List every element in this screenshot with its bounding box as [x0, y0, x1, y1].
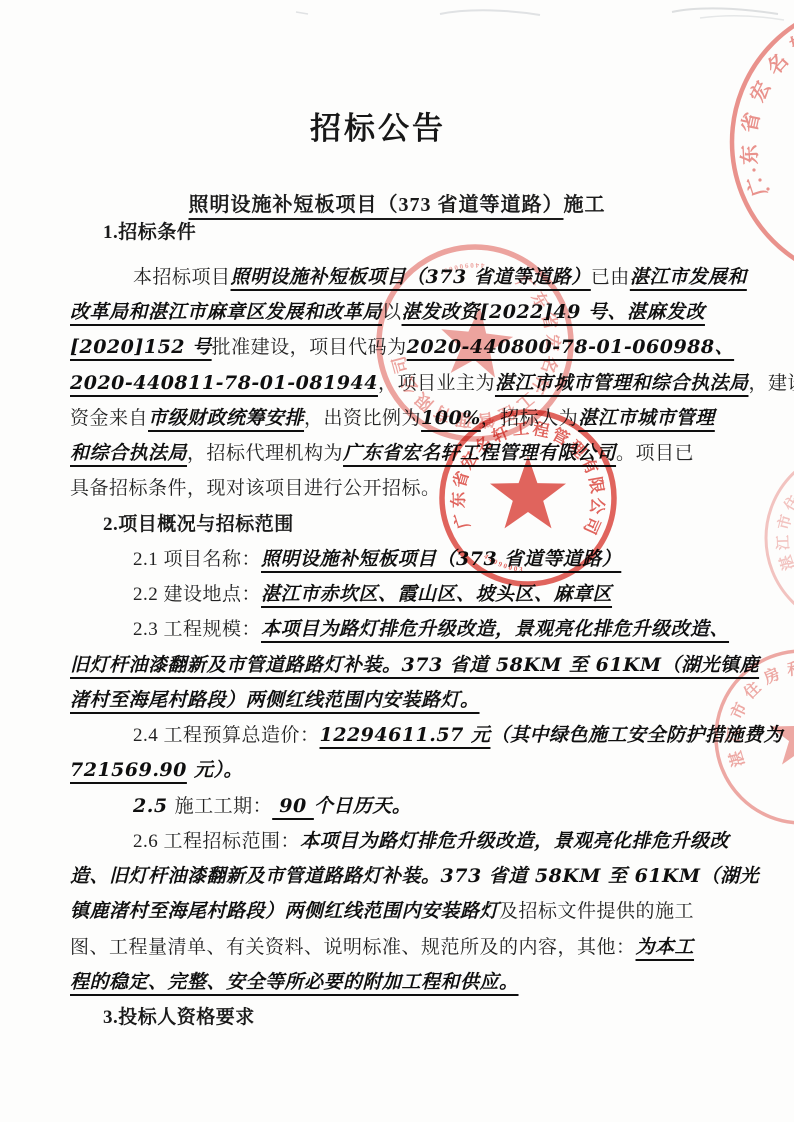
printed-text: 已由: [591, 267, 630, 288]
handwritten-text: 2020-440800-78-01-060988、: [407, 336, 734, 358]
handwritten-text: 旧灯杆油漆翻新及市管道路路灯补装。373 省道 58KM 至 61KM（湖光镇鹿: [70, 654, 759, 676]
printed-text: ，出资比例为: [304, 408, 421, 429]
handwritten-text: 广东省宏名轩工程管理有限公司: [343, 442, 616, 464]
printed-text: 图、工程量清单、有关资料、说明标准、规范所及的内容，其他：: [70, 937, 636, 958]
document-line: 渚村至海尾村路段）两侧红线范围内安装路灯。: [70, 685, 480, 712]
document-line: 2.1 项目名称：照明设施补短板项目（373 省道等道路）: [133, 544, 621, 571]
handwritten-text: 个日历天。: [314, 795, 412, 817]
document-subtitle: 照明设施补短板项目（373 省道等道路）施工: [0, 188, 794, 217]
document-line: 2020-440811-78-01-081944，项目业主为湛江市城市管理和综合…: [70, 368, 794, 395]
printed-text: 2.4 工程预算总造价：: [133, 725, 320, 746]
document-line: [2020]152 号批准建设，项目代码为2020-440800-78-01-0…: [70, 332, 734, 359]
document-line: 资金来自市级财政统筹安排，出资比例为100%，招标人为湛江市城市管理: [70, 403, 715, 430]
printed-text: 施工工期：: [175, 796, 273, 817]
seal-text: 广东省宏名轩工程管理有限公司: [448, 418, 608, 539]
printed-text: 2.2 建设地点：: [133, 584, 261, 605]
document-line: 2.4 工程预算总造价：12294611.57 元（其中绿色施工安全防护措施费为: [133, 720, 783, 747]
subtitle-suffix: 施工: [564, 194, 606, 216]
document-line: 本招标项目照明设施补短板项目（373 省道等道路）已由湛江市发展和: [133, 262, 747, 289]
handwritten-text: 2020-440811-78-01-081944: [70, 372, 378, 394]
printed-text: 具备招标条件，现对该项目进行公开招标。: [70, 478, 441, 499]
handwritten-text: 改革局和湛江市麻章区发展和改革局: [70, 301, 382, 323]
document-line: 旧灯杆油漆翻新及市管道路路灯补装。373 省道 58KM 至 61KM（湖光镇鹿: [70, 650, 759, 677]
printed-text: ，项目业主为: [378, 373, 495, 394]
document-line: 2.5 施工工期： 90 个日历天。: [133, 791, 411, 818]
handwritten-text: 照明设施补短板项目（373 省道等道路）: [261, 548, 621, 570]
document-line: 改革局和湛江市麻章区发展和改革局以湛发改资[2022]49 号、湛麻发改: [70, 297, 705, 324]
printed-text: ，建设: [748, 373, 794, 394]
printed-text: 本招标项目: [133, 267, 231, 288]
handwritten-text: 渚村至海尾村路段）两侧红线范围内安装路灯。: [70, 689, 480, 711]
document-line: 2.项目概况与招标范围: [103, 509, 294, 536]
printed-text: 2.1 项目名称：: [133, 549, 261, 570]
document-line: 721569.90 元）。: [70, 755, 243, 782]
handwritten-text: 721569.90: [70, 759, 187, 781]
printed-text: ，招标人为: [481, 408, 579, 429]
handwritten-text: 市级财政统筹安排: [148, 407, 304, 429]
handwritten-text: 元）。: [187, 759, 243, 781]
handwritten-text: 2.5: [133, 795, 175, 817]
printed-text: 以: [382, 302, 402, 323]
document-line: 造、旧灯杆油漆翻新及市管道路路灯补装。373 省道 58KM 至 61KM（湖光: [70, 861, 759, 888]
page-root: 招标公告 照明设施补短板项目（373 省道等道路）施工 1.招标条件本招标项目照…: [0, 0, 794, 1122]
printed-text: 批准建设，项目代码为: [212, 337, 407, 358]
document-line: 3.投标人资格要求: [103, 1002, 255, 1029]
handwritten-text: 照明设施补短板项目（373 省道等道路）: [231, 266, 591, 288]
seal-text: 湛江市住房和城乡建设局: [774, 456, 794, 573]
document-line: 图、工程量清单、有关资料、说明标准、规范所及的内容，其他：为本工: [70, 932, 694, 959]
handwritten-text: 程的稳定、完整、安全等所必要的附加工程和供应。: [70, 971, 519, 993]
document-line: 2.2 建设地点：湛江市赤坎区、霞山区、坡头区、麻章区: [133, 579, 612, 606]
handwritten-text: 本项目为路灯排危升级改造，景观亮化排危升级改造、: [261, 618, 729, 640]
printed-text: 。项目已: [616, 443, 694, 464]
document-line: 具备招标条件，现对该项目进行公开招标。: [70, 473, 441, 500]
printed-text: 2.项目概况与招标范围: [103, 514, 294, 535]
pencil-smudge: [0, 0, 794, 40]
svg-text:湛江市住房和城乡建设局: 湛江市住房和城乡建设局: [774, 456, 794, 573]
document-line: 1.招标条件: [103, 217, 196, 244]
handwritten-text: 湛江市发展和: [630, 266, 747, 288]
printed-text: 3.投标人资格要求: [103, 1007, 255, 1028]
handwritten-text: 100%: [421, 407, 481, 429]
handwritten-text: 造、旧灯杆油漆翻新及市管道路路灯补装。373 省道 58KM 至 61KM（湖光: [70, 865, 759, 887]
handwritten-text: 湛江市赤坎区、霞山区、坡头区、麻章区: [261, 583, 612, 605]
handwritten-text: 湛发改资[2022]49 号、湛麻发改: [402, 301, 705, 323]
handwritten-text: 镇鹿渚村至海尾村路段）两侧红线范围内安装路灯: [70, 900, 499, 922]
printed-text: ，招标代理机构为: [187, 443, 343, 464]
handwritten-text: [2020]152 号: [70, 336, 212, 358]
document-line: 和综合执法局，招标代理机构为广东省宏名轩工程管理有限公司。项目已: [70, 438, 694, 465]
handwritten-text: 为本工: [636, 936, 695, 958]
svg-text:广东省宏名轩工程管理有限公司: 广东省宏名轩工程管理有限公司: [448, 418, 608, 539]
printed-text: 2.6 工程招标范围：: [133, 831, 300, 852]
edge-seal-stamp-right: 湛江市住房和城乡建设局: [748, 428, 794, 648]
document-line: 2.3 工程规模：本项目为路灯排危升级改造，景观亮化排危升级改造、: [133, 614, 729, 641]
printed-text: 及招标文件提供的施工: [499, 901, 694, 922]
handwritten-text: 本项目为路灯排危升级改造，景观亮化排危升级改: [300, 830, 729, 852]
handwritten-text: 90: [272, 795, 314, 817]
document-title: 招标公告: [0, 103, 756, 148]
handwritten-text: 和综合执法局: [70, 442, 187, 464]
printed-text: 2.3 工程规模：: [133, 619, 261, 640]
handwritten-text: （其中绿色施工安全防护措施费为: [490, 724, 783, 746]
printed-text: 资金来自: [70, 408, 148, 429]
document-line: 程的稳定、完整、安全等所必要的附加工程和供应。: [70, 967, 519, 994]
document-line: 2.6 工程招标范围：本项目为路灯排危升级改造，景观亮化排危升级改: [133, 826, 729, 853]
handwritten-text: 湛江市城市管理: [578, 407, 715, 429]
handwritten-text: 湛江市城市管理和综合执法局: [495, 372, 749, 394]
printed-text: 1.招标条件: [103, 222, 196, 243]
subtitle-underlined: 照明设施补短板项目（373 省道等道路）: [189, 194, 564, 216]
handwritten-text: 12294611.57 元: [320, 724, 491, 746]
document-line: 镇鹿渚村至海尾村路段）两侧红线范围内安装路灯及招标文件提供的施工: [70, 896, 694, 923]
